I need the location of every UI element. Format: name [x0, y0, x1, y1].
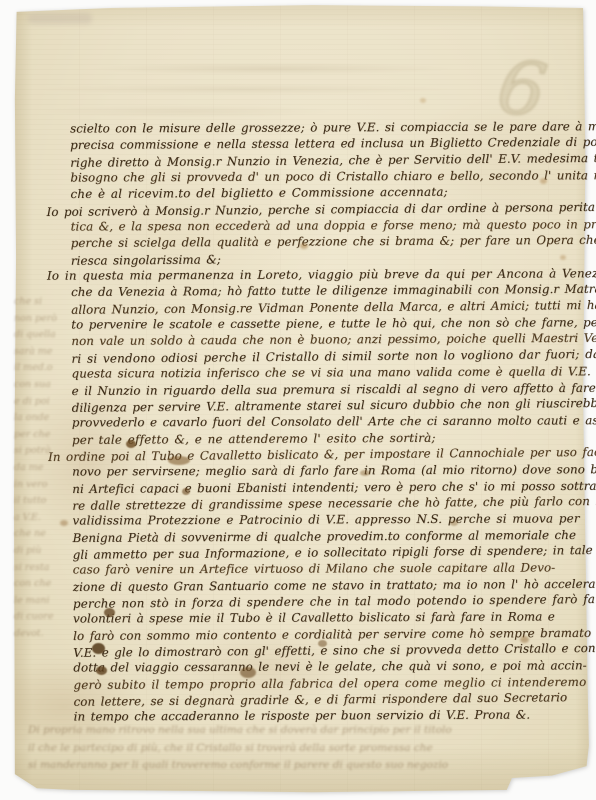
- bleedthrough-fragment: non però: [14, 311, 72, 328]
- ink-stain: [126, 440, 136, 448]
- ink-stain: [104, 608, 115, 617]
- foxing-spot: [520, 636, 529, 643]
- bleedthrough-fragment: con sua: [14, 377, 72, 394]
- bleedthrough-line: Di propria mano ritrovo nella sua ultima…: [28, 722, 576, 740]
- foxing-spot: [300, 243, 308, 249]
- manuscript-line: volontieri à spese mie il Tubo è il Cava…: [73, 609, 585, 628]
- manuscript-line: provvederlo e cavarlo fuori del Consolat…: [72, 413, 584, 432]
- ink-stain: [182, 488, 190, 495]
- bleedthrough-fragment: con che: [14, 576, 72, 593]
- bleedthrough-fragment: il tutto: [14, 493, 72, 510]
- bleedthrough-fragment: in vero: [14, 477, 72, 494]
- verso-bleedthrough-left-margin: che sinon peròdi quellasarà meil med.oco…: [14, 294, 72, 650]
- bleedthrough-line: il che le partecipo di più, che il Crist…: [28, 740, 576, 758]
- manuscript-line: questa sicura notizia inferisco che se v…: [72, 363, 584, 382]
- manuscript-line: caso farò venire un Artefice virtuoso di…: [73, 560, 585, 579]
- verso-bleedthrough-bottom: Di propria mano ritrovo nella sua ultima…: [28, 722, 576, 775]
- bleedthrough-fragment: il med.o: [14, 360, 72, 377]
- bleedthrough-fragment: di cuore: [14, 609, 72, 626]
- ink-stain: [168, 456, 190, 465]
- bleedthrough-fragment: sarà me: [14, 344, 72, 361]
- bleedthrough-fragment: di più: [14, 543, 72, 560]
- foxing-spot: [540, 178, 547, 184]
- bleedthrough-line: si manderanno per li quali troveremo con…: [28, 757, 576, 775]
- manuscript-text-block: scielto con le misure delle grossezze; ò…: [70, 118, 586, 726]
- foxing-spot: [60, 520, 68, 526]
- bleedthrough-fragment: si resta: [14, 560, 72, 577]
- ink-stain: [96, 666, 107, 675]
- manuscript-line: scielto con le misure delle grossezze; ò…: [70, 118, 582, 137]
- manuscript-line: Io in questa mia permanenza in Loreto, v…: [47, 265, 583, 284]
- ink-stain: [318, 640, 327, 647]
- bleedthrough-fragment: per che: [14, 427, 72, 444]
- manuscript-line: validissima Protezzione e Patrocinio di …: [72, 511, 584, 530]
- scanned-letter-page: 6 che sinon peròdi quellasarà meil med.o…: [0, 0, 596, 800]
- bleedthrough-fragment: che si: [14, 294, 72, 311]
- bleedthrough-fragment: la onde: [14, 410, 72, 427]
- manuscript-line: tica &, e la spesa non eccederà ad una d…: [71, 216, 583, 235]
- bleedthrough-fragment: devot.: [14, 626, 72, 643]
- manuscript-line: novo per servirsene; meglio sarà di farl…: [72, 462, 584, 481]
- manuscript-line: bisogno che gli si provveda d' un poco d…: [70, 167, 582, 186]
- bleedthrough-fragment: di quella: [14, 327, 72, 344]
- faint-pencil-ghost-mark: [28, 13, 92, 24]
- foxing-spot: [560, 255, 566, 260]
- ink-stain: [450, 520, 458, 526]
- ink-stain: [92, 643, 105, 654]
- bleedthrough-fragment: e di poi: [14, 394, 72, 411]
- manuscript-line: dotta del viaggio cessaranno le nevi è l…: [73, 658, 585, 677]
- manuscript-line: to pervenire le scatole e cassette piene…: [71, 314, 583, 333]
- foxing-spot: [420, 98, 426, 103]
- bleedthrough-fragment: le mani: [14, 593, 72, 610]
- ink-stain: [360, 470, 370, 476]
- bleedthrough-fragment: che ne: [14, 526, 72, 543]
- ink-stain: [240, 667, 256, 678]
